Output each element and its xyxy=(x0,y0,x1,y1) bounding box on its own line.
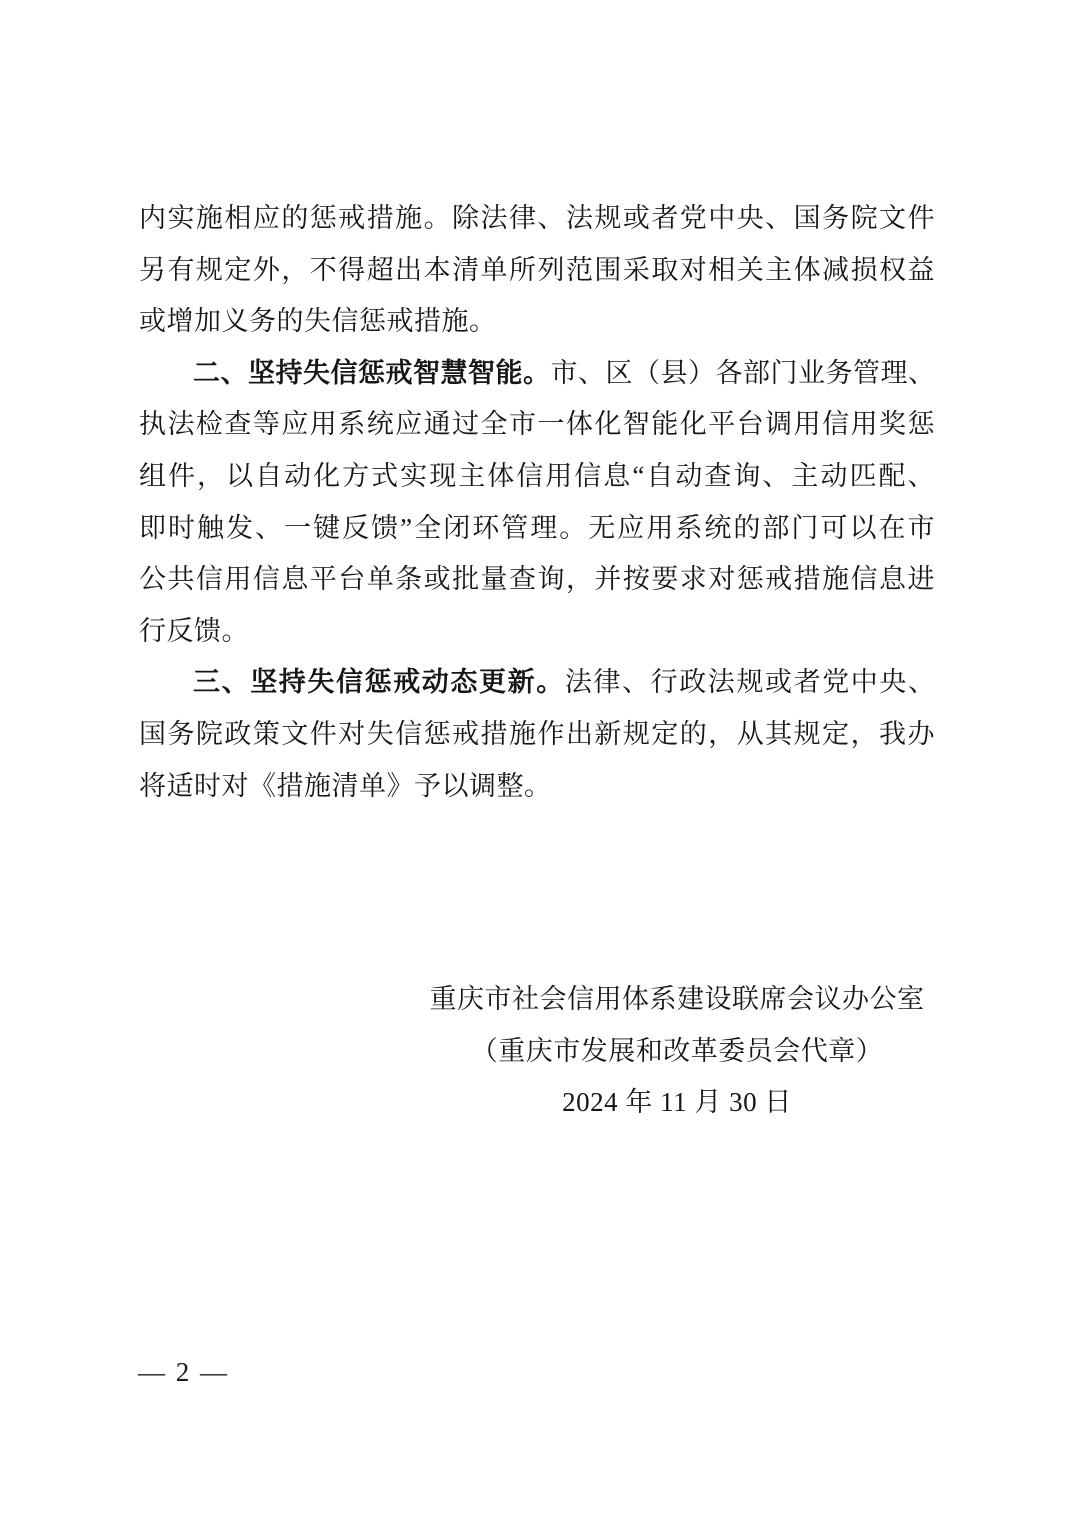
signature-org: 重庆市社会信用体系建设联席会议办公室 xyxy=(287,974,1067,1026)
body-line-text: 即时触发、一键反馈”全闭环管理。无应用系统的部门可以在市 xyxy=(139,513,935,543)
signature-on-behalf: （重庆市发展和改革委员会代章） xyxy=(287,1026,1067,1078)
body-line-text: 将适时对《措施清单》予以调整。 xyxy=(139,771,552,801)
body-line-text: 市、区（县）各部门业务管理、 xyxy=(551,358,936,388)
body-line-text: 或增加义务的失信惩戒措施。 xyxy=(139,306,497,336)
body-line: 组件，以自动化方式实现主体信用信息“自动查询、主动匹配、 xyxy=(139,451,935,503)
signature-block: 重庆市社会信用体系建设联席会议办公室 （重庆市发展和改革委员会代章） 2024 … xyxy=(287,974,1067,1129)
body-line-text: 行反馈。 xyxy=(139,616,249,646)
body-line: 执法检查等应用系统应通过全市一体化智能化平台调用信用奖惩 xyxy=(139,399,935,451)
body-line: 国务院政策文件对失信惩戒措施作出新规定的，从其规定，我办 xyxy=(139,709,935,761)
paragraph-lead-bold: 三、坚持失信惩戒动态更新。 xyxy=(193,667,565,697)
body-line-heading-3: 三、坚持失信惩戒动态更新。法律、行政法规或者党中央、 xyxy=(139,657,935,709)
body-line-text: 另有规定外，不得超出本清单所列范围采取对相关主体减损权益 xyxy=(139,255,935,285)
body-line-text: 国务院政策文件对失信惩戒措施作出新规定的，从其规定，我办 xyxy=(139,719,935,749)
body-line-text: 法律、行政法规或者党中央、 xyxy=(565,667,935,697)
document-page: 内实施相应的惩戒措施。除法律、法规或者党中央、国务院文件 另有规定外，不得超出本… xyxy=(0,0,1074,1520)
body-line: 公共信用信息平台单条或批量查询，并按要求对惩戒措施信息进 xyxy=(139,554,935,606)
body-line: 即时触发、一键反馈”全闭环管理。无应用系统的部门可以在市 xyxy=(139,503,935,555)
body-line-text: 执法检查等应用系统应通过全市一体化智能化平台调用信用奖惩 xyxy=(139,409,935,439)
signature-date: 2024 年 11 月 30 日 xyxy=(287,1077,1067,1129)
paragraph-lead-bold: 二、坚持失信惩戒智慧智能。 xyxy=(193,358,551,388)
body-line: 另有规定外，不得超出本清单所列范围采取对相关主体减损权益 xyxy=(139,245,935,297)
body-line: 行反馈。 xyxy=(139,606,935,658)
body-text-block: 内实施相应的惩戒措施。除法律、法规或者党中央、国务院文件 另有规定外，不得超出本… xyxy=(139,193,935,812)
page-number: — 2 — xyxy=(138,1352,229,1392)
body-line-text: 内实施相应的惩戒措施。除法律、法规或者党中央、国务院文件 xyxy=(139,203,935,233)
body-line: 内实施相应的惩戒措施。除法律、法规或者党中央、国务院文件 xyxy=(139,193,935,245)
body-line-heading-2: 二、坚持失信惩戒智慧智能。市、区（县）各部门业务管理、 xyxy=(139,348,935,400)
body-line-text: 公共信用信息平台单条或批量查询，并按要求对惩戒措施信息进 xyxy=(139,564,935,594)
body-line: 将适时对《措施清单》予以调整。 xyxy=(139,761,935,813)
body-line-text: 组件，以自动化方式实现主体信用信息“自动查询、主动匹配、 xyxy=(139,461,935,491)
body-line: 或增加义务的失信惩戒措施。 xyxy=(139,296,935,348)
